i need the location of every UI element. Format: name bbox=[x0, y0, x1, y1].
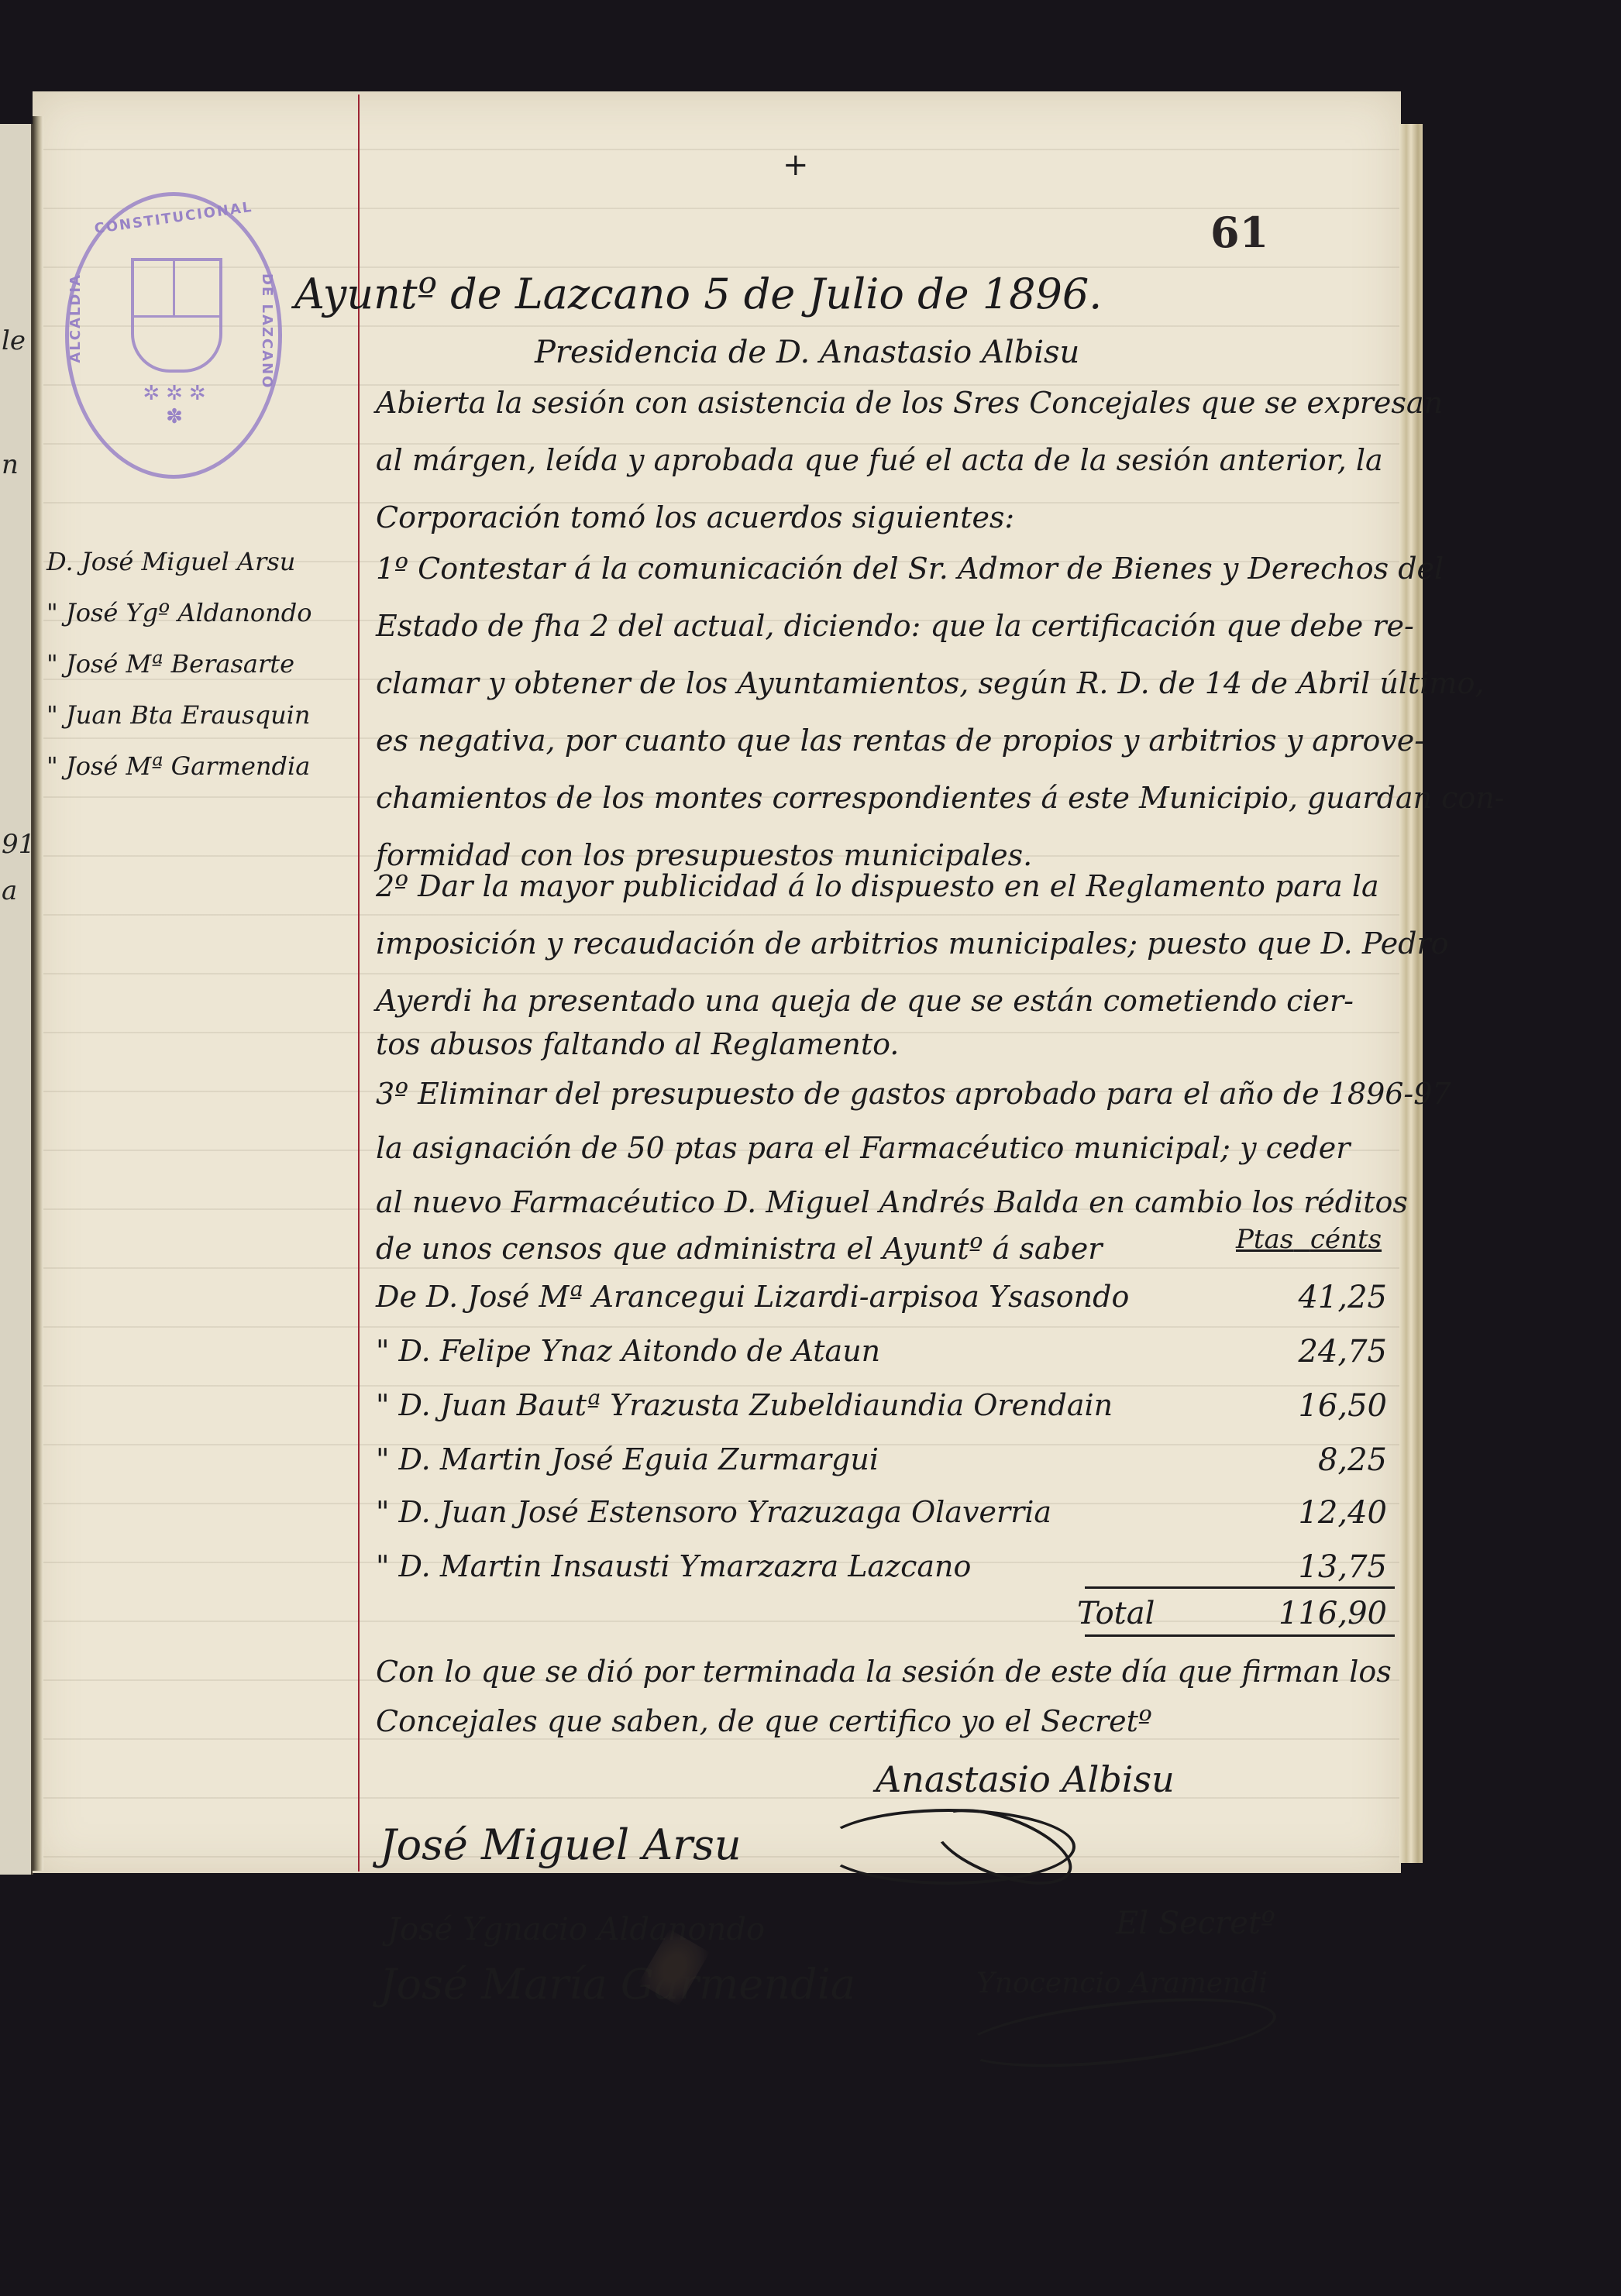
left-page-fragment: n bbox=[2, 449, 19, 480]
body-line: Corporación tomó los acuerdos siguientes… bbox=[376, 500, 1014, 534]
signature-president: Anastasio Albisu bbox=[876, 1758, 1175, 1800]
body-line: Abierta la sesión con asistencia de los … bbox=[376, 386, 1443, 420]
stars-icon: ✲✲✲✽ bbox=[123, 382, 232, 428]
minutes-heading: Ayuntº de Lazcano 5 de Julio de 1896. bbox=[294, 270, 1102, 318]
body-line: 3º Eliminar del presupuesto de gastos ap… bbox=[376, 1077, 1451, 1111]
signature-flourish bbox=[958, 1986, 1279, 2079]
attendee: " José Mª Berasarte bbox=[46, 649, 294, 679]
censo-amount: 24,75 bbox=[1232, 1334, 1387, 1370]
body-line: chamientos de los montes correspondiente… bbox=[376, 781, 1505, 815]
attendee: " Juan Bta Erausquin bbox=[46, 700, 311, 730]
total-label: Total bbox=[1077, 1596, 1155, 1631]
attendee: " José Ygº Aldanondo bbox=[46, 598, 311, 627]
censo-label: " D. Felipe Ynaz Aitondo de Ataun bbox=[376, 1334, 880, 1368]
stamp-text: ALCALDIA bbox=[67, 273, 84, 363]
left-page-fragment: a bbox=[2, 875, 17, 906]
censo-label: " D. Martin Insausti Ymarzazra Lazcano bbox=[376, 1549, 971, 1583]
total-rule bbox=[1085, 1634, 1395, 1637]
body-line: 1º Contestar á la comunicación del Sr. A… bbox=[376, 552, 1444, 586]
body-line: 2º Dar la mayor publicidad á lo dispuest… bbox=[376, 869, 1379, 903]
body-line: de unos censos que administra el Ayuntº … bbox=[376, 1232, 1102, 1266]
attendee: " José Mª Garmendia bbox=[46, 751, 310, 781]
left-page-fragment: le bbox=[2, 325, 26, 356]
censo-label: De D. José Mª Arancegui Lizardi-arpisoa … bbox=[376, 1280, 1129, 1314]
censo-label: " D. Juan José Estensoro Yrazuzaga Olave… bbox=[376, 1495, 1051, 1529]
total-amount: 116,90 bbox=[1232, 1596, 1387, 1631]
censo-amount: 8,25 bbox=[1232, 1442, 1387, 1478]
signature-councillor: José Ygnacio Aldanondo bbox=[387, 1912, 765, 1947]
page-edges bbox=[1399, 124, 1423, 1863]
body-line: al nuevo Farmacéutico D. Miguel Andrés B… bbox=[376, 1185, 1408, 1219]
top-mark: + bbox=[783, 147, 809, 183]
book-gutter bbox=[33, 116, 43, 1871]
body-line: clamar y obtener de los Ayuntamientos, s… bbox=[376, 666, 1484, 700]
stamp-text: DE LAZCANO bbox=[259, 273, 275, 389]
censo-label: " D. Martin José Eguia Zurmargui bbox=[376, 1442, 879, 1476]
secretary-title: El Secretº bbox=[1116, 1906, 1275, 1941]
folio-number: 61 bbox=[1210, 208, 1268, 257]
body-line: la asignación de 50 ptas para el Farmacé… bbox=[376, 1131, 1350, 1165]
body-line: tos abusos faltando al Reglamento. bbox=[376, 1027, 899, 1061]
censo-label: " D. Juan Bautª Yrazusta Zubeldiaundia O… bbox=[376, 1388, 1113, 1422]
attendee: D. José Miguel Arsu bbox=[46, 547, 295, 576]
coat-of-arms-icon bbox=[131, 258, 222, 373]
left-page-edge: le n 91. a bbox=[0, 124, 33, 1875]
presidency-line: Presidencia de D. Anastasio Albisu bbox=[535, 335, 1079, 370]
body-line: formidad con los presupuestos municipale… bbox=[376, 838, 1032, 872]
censo-amount: 41,25 bbox=[1232, 1280, 1387, 1315]
closing-line: Concejales que saben, de que certifico y… bbox=[376, 1704, 1152, 1738]
body-line: Estado de fha 2 del actual, diciendo: qu… bbox=[376, 609, 1414, 643]
censo-amount: 12,40 bbox=[1232, 1495, 1387, 1531]
signature-councillor: José María Garmendia bbox=[380, 1960, 855, 2009]
amount-column-header: Ptas cénts bbox=[1236, 1224, 1382, 1255]
margin-rule bbox=[358, 95, 360, 1872]
body-line: al márgen, leída y aprobada que fué el a… bbox=[376, 443, 1383, 477]
subtotal-rule bbox=[1085, 1586, 1395, 1589]
body-line: Ayerdi ha presentado una queja de que se… bbox=[376, 984, 1354, 1018]
municipal-stamp: CONSTITUCIONAL ALCALDIA DE LAZCANO ✲✲✲✽ bbox=[65, 192, 282, 479]
closing-line: Con lo que se dió por terminada la sesió… bbox=[376, 1655, 1392, 1689]
signature-councillor: José Miguel Arsu bbox=[380, 1820, 742, 1869]
censo-amount: 16,50 bbox=[1232, 1388, 1387, 1424]
body-line: es negativa, por cuanto que las rentas d… bbox=[376, 724, 1424, 758]
body-line: imposición y recaudación de arbitrios mu… bbox=[376, 926, 1449, 961]
censo-amount: 13,75 bbox=[1232, 1549, 1387, 1585]
signature-secretary: Ynocencio Aramendi bbox=[976, 1968, 1268, 1999]
